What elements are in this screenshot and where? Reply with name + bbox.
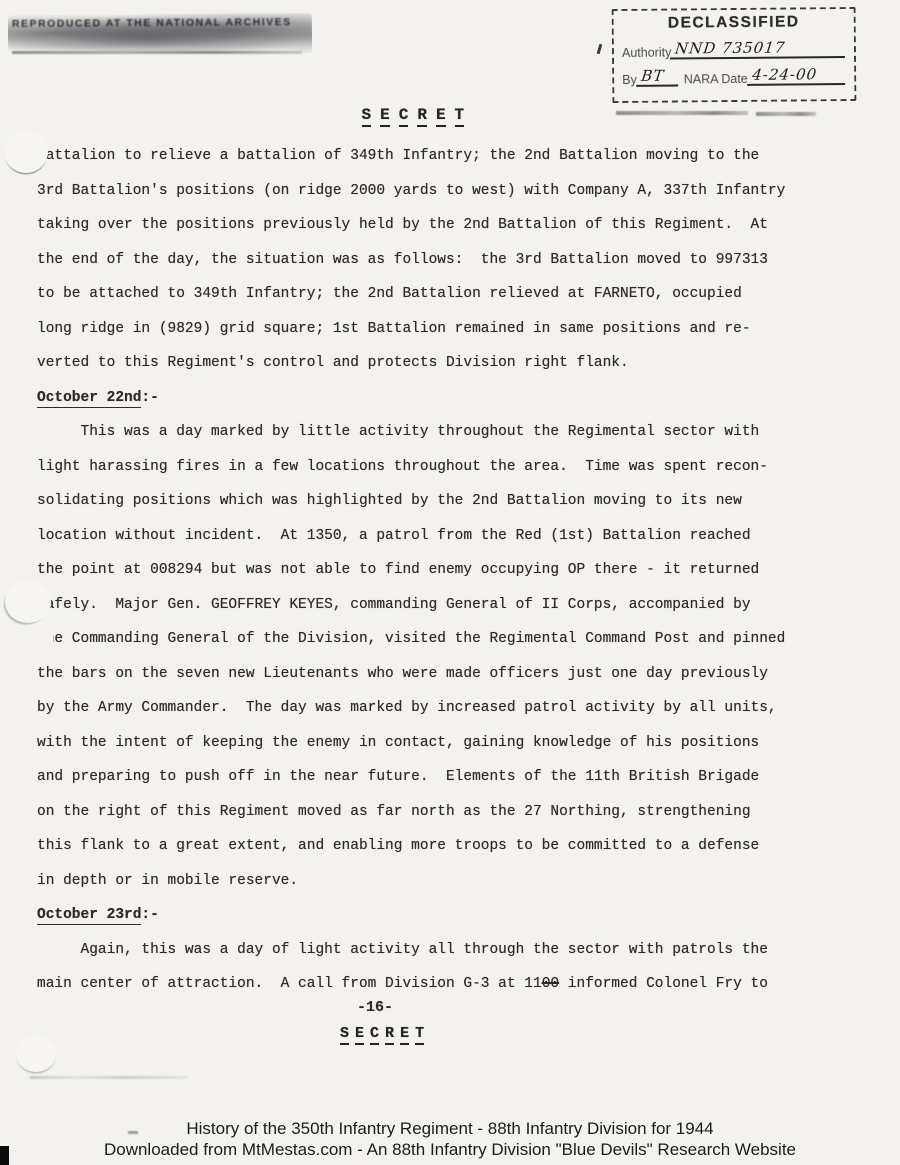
punch-hole <box>5 581 51 623</box>
stamp-smudge-line <box>12 51 302 54</box>
punch-hole <box>4 131 48 173</box>
national-archives-stamp-text: REPRODUCED AT THE NATIONAL ARCHIVES <box>12 16 308 30</box>
declassified-authority-row: Authority NND 735017 <box>622 38 846 60</box>
typed-line: the end of the day, the situation was as… <box>37 243 837 278</box>
typed-line: long ridge in (9829) grid square; 1st Ba… <box>37 312 837 347</box>
typed-line: the bars on the seven new Lieutenants wh… <box>37 657 837 692</box>
typed-line: by the Army Commander. The day was marke… <box>37 691 837 726</box>
date-heading-october-22: October 22nd:- <box>37 381 837 416</box>
national-archives-stamp: REPRODUCED AT THE NATIONAL ARCHIVES <box>8 13 312 55</box>
scan-cutoff-artifact <box>0 628 53 654</box>
typed-line: solidating positions which was highlight… <box>37 484 837 519</box>
typed-line: on the right of this Regiment moved as f… <box>37 795 837 830</box>
struck-text: 00 <box>542 976 559 992</box>
typed-line: This was a day marked by little activity… <box>37 415 837 450</box>
website-footer: History of the 350th Infantry Regiment -… <box>0 1118 900 1160</box>
by-value-handwritten: BT <box>636 66 680 86</box>
typed-line: this flank to a great extent, and enabli… <box>37 829 837 864</box>
footer-title: History of the 350th Infantry Regiment -… <box>0 1118 900 1139</box>
classification-marking-bottom: SECRET <box>337 1025 427 1045</box>
scan-smudge <box>30 1076 188 1079</box>
stamp-smudge-line <box>616 111 748 115</box>
typed-line: taking over the positions previously hel… <box>37 208 837 243</box>
authority-value-handwritten: NND 735017 <box>670 38 847 60</box>
authority-label: Authority <box>622 46 671 60</box>
typed-line: the point at 008294 but was not able to … <box>37 553 837 588</box>
stamp-smudge-line <box>756 112 816 116</box>
typed-line: 3rd Battalion's positions (on ridge 2000… <box>37 174 837 209</box>
heading-text: October 23rd <box>37 907 141 925</box>
date-heading-october-23: October 23rd:- <box>37 898 837 933</box>
pen-mark <box>597 44 603 54</box>
typed-line: safely. Major Gen. GEOFFREY KEYES, comma… <box>37 588 837 623</box>
typed-line: to be attached to 349th Infantry; the 2n… <box>37 277 837 312</box>
typed-line-with-strikeout: main center of attraction. A call from D… <box>37 967 837 1002</box>
by-label: By <box>622 73 637 87</box>
typed-line: Again, this was a day of light activity … <box>37 933 837 968</box>
declassified-stamp-title: DECLASSIFIED <box>622 13 846 33</box>
typed-line: in depth or in mobile reserve. <box>37 864 837 899</box>
nara-date-label: NARA Date <box>684 72 748 87</box>
footer-source: Downloaded from MtMestas.com - An 88th I… <box>0 1139 900 1160</box>
typed-line: light harassing fires in a few locations… <box>37 450 837 485</box>
punch-hole <box>16 1036 56 1072</box>
page-number: -16- <box>340 999 410 1016</box>
typed-line: and preparing to push off in the near fu… <box>37 760 837 795</box>
typed-line: location without incident. At 1350, a pa… <box>37 519 837 554</box>
typed-line: with the intent of keeping the enemy in … <box>37 726 837 761</box>
typed-line: battalion to relieve a battalion of 349t… <box>37 139 837 174</box>
typed-line: verted to this Regiment's control and pr… <box>37 346 837 381</box>
typed-line: the Commanding General of the Division, … <box>37 622 837 657</box>
nara-date-value-handwritten: 4-24-00 <box>747 65 848 86</box>
line-segment: informed Colonel Fry to <box>559 976 768 992</box>
document-body: battalion to relieve a battalion of 349t… <box>37 139 837 1002</box>
heading-text: October 22nd <box>37 390 141 408</box>
scanned-document-page: REPRODUCED AT THE NATIONAL ARCHIVES DECL… <box>0 0 900 1165</box>
heading-suffix: :- <box>141 907 158 923</box>
line-segment: main center of attraction. A call from D… <box>37 976 542 992</box>
declassified-stamp: DECLASSIFIED Authority NND 735017 By BT … <box>612 7 857 103</box>
declassified-by-row: By BT NARA Date 4-24-00 <box>622 65 846 87</box>
heading-suffix: :- <box>141 390 158 406</box>
classification-marking-top: SECRET <box>357 106 469 127</box>
